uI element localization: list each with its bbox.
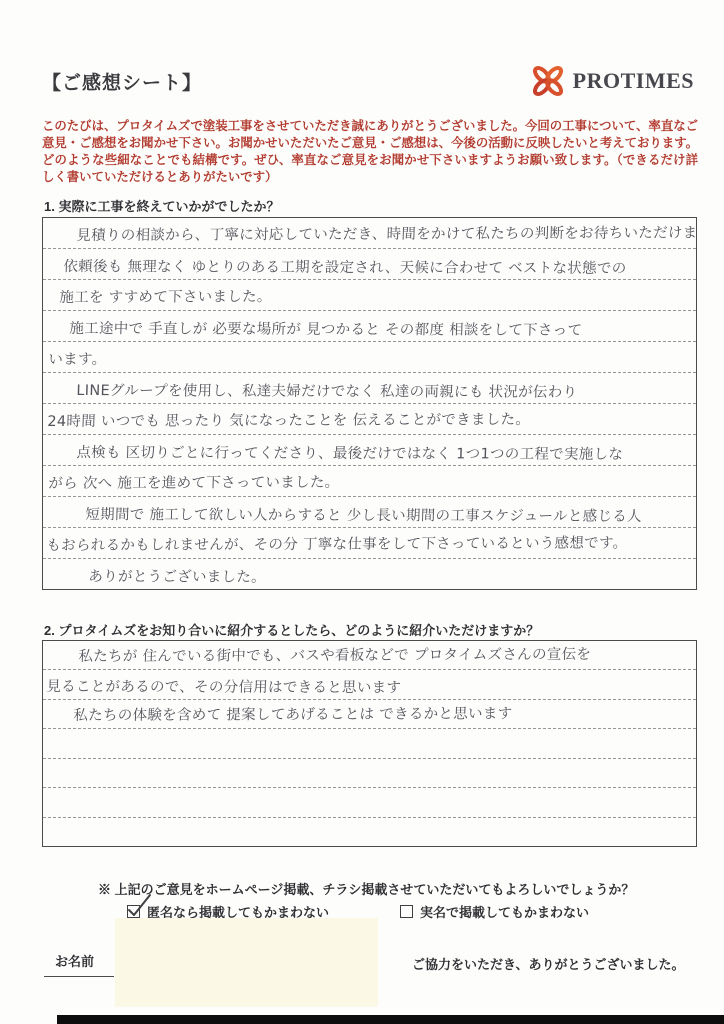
check-mark-icon	[125, 893, 153, 919]
protimes-knot-icon	[529, 62, 567, 100]
question-1-answer-box: 見積りの相談から、丁寧に対応していただき、時間をかけて私たちの判断をお待ちいただ…	[42, 217, 697, 590]
feedback-sheet-scan: 【ご感想シート】 PROTIMES このたびは、プロタイムズで塗装工事をさせてい…	[0, 0, 724, 1024]
handwritten-line: 見積りの相談から、丁寧に対応していただき、時間をかけて私たちの判断をお待ちいただ…	[43, 218, 696, 249]
handwritten-line	[43, 818, 696, 846]
handwritten-text: 24時間 いつでも 思ったり 気になったことを 伝えることができました。	[47, 408, 530, 434]
handwritten-line: います。	[43, 342, 696, 373]
name-redaction-box	[115, 918, 378, 1007]
handwritten-text: 私たちが 住んでいる街中でも、バスや看板などで プロタイムズさんの宣伝を	[78, 643, 592, 669]
handwritten-text: LINEグループを使用し、私達夫婦だけでなく 私達の両親にも 状況が伝わり	[76, 379, 578, 404]
handwritten-text: ありがとうございました。	[88, 565, 266, 589]
question-1-label: 1. 実際に工事を終えていかがでしたか？	[44, 196, 279, 215]
handwritten-text: 施工途中で 手直しが 必要な場所が 見つかると その都度 相談をして下さって	[69, 317, 583, 342]
handwritten-text: がら 次へ 施工を進めて下さっていました。	[48, 471, 340, 496]
handwritten-line: ありがとうございました。	[43, 559, 696, 589]
handwritten-text: 依頼後も 無理なく ゆとりのある工期を設定され、天候に合わせて ベストな状態での	[63, 255, 627, 280]
handwritten-line: 私たちが 住んでいる街中でも、バスや看板などで プロタイムズさんの宣伝を	[43, 641, 696, 670]
consent-note: ※ 上記のご意見をホームページ掲載、チラシ掲載させていただいてもよろしいでしょう…	[98, 879, 634, 898]
name-field-label: お名前	[55, 951, 94, 970]
handwritten-line: 見ることがあるので、その分信用はできると思います	[43, 670, 696, 699]
question-2-label: 2. プロタイムズをお知り合いに紹介するとしたら、どのように紹介いただけますか？	[44, 620, 539, 639]
handwritten-text: 短期間で 施工して欲しい人からすると 少し長い期間の工事スケジュールと感じる人	[85, 503, 642, 528]
question-2-answer-box: 私たちが 住んでいる街中でも、バスや看板などで プロタイムズさんの宣伝を 見るこ…	[42, 640, 697, 847]
handwritten-line: もおられるかもしれませんが、その分 丁寧な仕事をして下さっているという感想です。	[43, 528, 696, 559]
handwritten-text: 点検も 区切りごとに行ってくださり、最後だけではなく 1つ1つの工程で実施しな	[76, 441, 624, 466]
handwritten-line	[43, 759, 696, 788]
name-field-underline	[44, 976, 114, 977]
intro-paragraph: このたびは、プロタイムズで塗装工事をさせていただき誠にありがとうございました。今…	[42, 118, 698, 186]
handwritten-line: LINEグループを使用し、私達夫婦だけでなく 私達の両親にも 状況が伝わり	[43, 373, 696, 404]
handwritten-line: 私たちの体験を含めて 提案してあげることは できるかと思います	[43, 700, 696, 729]
protimes-logo: PROTIMES	[529, 62, 694, 100]
handwritten-line: 施工を すすめて下さいました。	[43, 280, 696, 311]
consent-option-label: 実名で掲載してもかまわない	[420, 902, 589, 921]
handwritten-text: もおられるかもしれませんが、その分 丁寧な仕事をして下さっているという感想です。	[46, 531, 628, 558]
handwritten-text: います。	[48, 348, 107, 372]
handwritten-line: がら 次へ 施工を進めて下さっていました。	[43, 466, 696, 497]
handwritten-line	[43, 788, 696, 817]
handwritten-text: 見ることがあるので、その分信用はできると思います	[46, 675, 402, 700]
consent-option-realname[interactable]: 実名で掲載してもかまわない	[400, 902, 589, 921]
brand-wordmark: PROTIMES	[573, 68, 694, 94]
thanks-message: ご協力をいただき、ありがとうございました。	[412, 954, 684, 973]
handwritten-line	[43, 729, 696, 758]
scan-edge-artifact	[57, 1015, 724, 1024]
handwritten-line: 24時間 いつでも 思ったり 気になったことを 伝えることができました。	[43, 404, 696, 435]
handwritten-text: 施工を すすめて下さいました。	[59, 285, 272, 310]
page-title: 【ご感想シート】	[42, 68, 202, 95]
handwritten-line: 施工途中で 手直しが 必要な場所が 見つかると その都度 相談をして下さって	[43, 311, 696, 342]
handwritten-text: 見積りの相談から、丁寧に対応していただき、時間をかけて私たちの判断をお待ちいただ…	[76, 221, 696, 248]
handwritten-text: 私たちの体験を含めて 提案してあげることは できるかと思います	[73, 702, 513, 728]
handwritten-line: 点検も 区切りごとに行ってくださり、最後だけではなく 1つ1つの工程で実施しな	[43, 435, 696, 466]
handwritten-line: 依頼後も 無理なく ゆとりのある工期を設定され、天候に合わせて ベストな状態での	[43, 249, 696, 280]
checkbox-anonymous[interactable]	[127, 905, 140, 918]
handwritten-line: 短期間で 施工して欲しい人からすると 少し長い期間の工事スケジュールと感じる人	[43, 497, 696, 528]
checkbox-realname[interactable]	[400, 905, 413, 918]
